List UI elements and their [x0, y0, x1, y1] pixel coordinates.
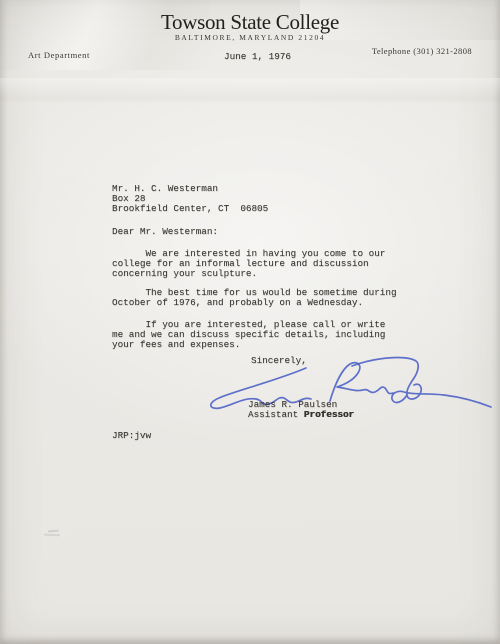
sender-title-prefix: Assistant [248, 409, 304, 420]
salutation: Dear Mr. Westerman: [112, 227, 218, 237]
typist-initials: JRP:jvw [112, 431, 151, 441]
recipient-address: Mr. H. C. Westerman Box 28 Brookfield Ce… [112, 184, 268, 215]
sender-title-emphasis: Professor [304, 409, 354, 420]
closing-sincerely: Sincerely, [251, 356, 307, 366]
letterhead-department: Art Department [28, 50, 90, 60]
letter-page: Towson State College BALTIMORE, MARYLAND… [0, 0, 500, 644]
body-paragraph-2: The best time for us would be sometime d… [112, 288, 397, 308]
body-paragraph-1: We are interested in having you come to … [112, 249, 385, 280]
letter-date: June 1, 1976 [224, 52, 291, 62]
body-paragraph-3: If you are interested, please call or wr… [112, 320, 385, 351]
letterhead-address-line: BALTIMORE, MARYLAND 21204 [0, 33, 500, 42]
pencil-smudge [44, 529, 64, 539]
signature-block: James R. PaulsenAssistant Professor [248, 400, 354, 420]
paper-crease [0, 78, 500, 104]
letterhead-telephone: Telephone (301) 321-2808 [372, 46, 472, 56]
letterhead-college-name: Towson State College [0, 10, 500, 35]
